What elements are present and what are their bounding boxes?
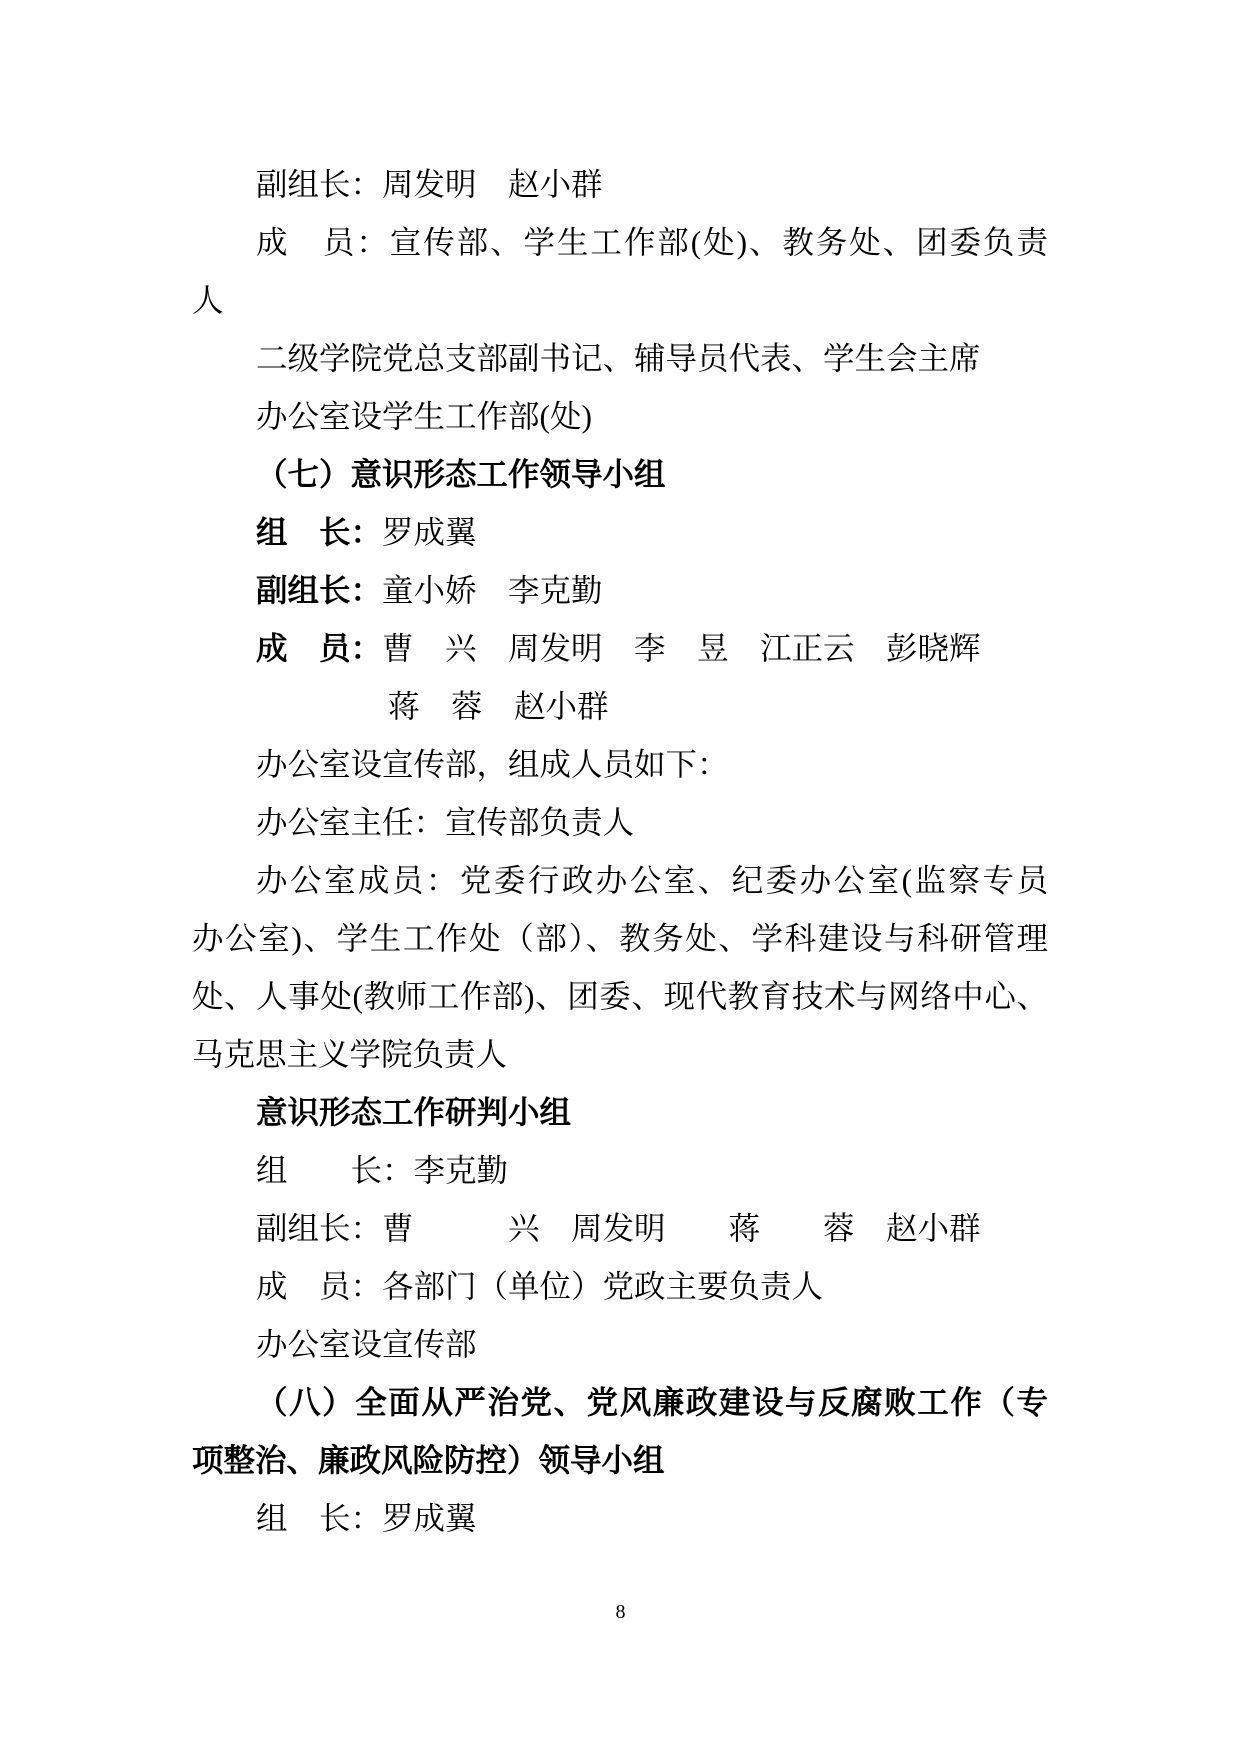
document-line: 二级学院党总支部副书记、辅导员代表、学生会主席 xyxy=(192,330,1048,388)
document-line: 处、人事处(教师工作部)、团委、现代教育技术与网络中心、 xyxy=(192,968,1048,1026)
line-text: 人 xyxy=(192,283,224,318)
line-text: 副组长：曹 兴 周发明 蒋 蓉 赵小群 xyxy=(256,1211,981,1246)
document-line: 组 长：罗成翼 xyxy=(192,1490,1048,1548)
document-line: （八）全面从严治党、党风廉政建设与反腐败工作（专 xyxy=(192,1374,1048,1432)
line-text-bold: 副组长： xyxy=(256,573,382,608)
document-line: 办公室设学生工作部(处) xyxy=(192,388,1048,446)
document-line: 成 员：各部门（单位）党政主要负责人 xyxy=(192,1258,1048,1316)
document-line: 蒋 蓉 赵小群 xyxy=(192,678,1048,736)
line-text: 成 员：各部门（单位）党政主要负责人 xyxy=(256,1269,823,1304)
document-line: 成 员：曹 兴 周发明 李 昱 江正云 彭晓辉 xyxy=(192,620,1048,678)
document-line: 办公室设宣传部 xyxy=(192,1316,1048,1374)
line-text: 组 长：李克勤 xyxy=(256,1153,508,1188)
document-line: 办公室)、学生工作处（部）、教务处、学科建设与科研管理 xyxy=(192,910,1048,968)
line-text: 二级学院党总支部副书记、辅导员代表、学生会主席 xyxy=(256,341,981,376)
document-line: 办公室设宣传部，组成人员如下： xyxy=(192,736,1048,794)
line-text: 办公室设学生工作部(处) xyxy=(256,399,592,434)
document-line: 办公室成员：党委行政办公室、纪委办公室(监察专员 xyxy=(192,852,1048,910)
document-line: 成 员：宣传部、学生工作部(处)、教务处、团委负责 xyxy=(192,214,1048,272)
document-line: 副组长：周发明 赵小群 xyxy=(192,156,1048,214)
line-text: 组 长：罗成翼 xyxy=(256,1501,477,1536)
document-line: 人 xyxy=(192,272,1048,330)
line-text-bold: （八）全面从严治党、党风廉政建设与反腐败工作（专 xyxy=(256,1385,1048,1420)
line-text: 办公室)、学生工作处（部）、教务处、学科建设与科研管理 xyxy=(192,921,1048,956)
document-line: 办公室主任：宣传部负责人 xyxy=(192,794,1048,852)
document-line: 组 长：李克勤 xyxy=(192,1142,1048,1200)
line-text-bold: 项整治、廉政风险防控）领导小组 xyxy=(192,1443,665,1478)
line-text: 处、人事处(教师工作部)、团委、现代教育技术与网络中心、 xyxy=(192,979,1048,1014)
line-text-bold: 组 长： xyxy=(256,515,382,550)
line-text: 童小娇 李克勤 xyxy=(382,573,603,608)
document-body: 副组长：周发明 赵小群成 员：宣传部、学生工作部(处)、教务处、团委负责人二级学… xyxy=(192,156,1048,1548)
line-text-bold: 成 员： xyxy=(256,631,382,666)
line-text: 办公室成员：党委行政办公室、纪委办公室(监察专员 xyxy=(256,863,1048,898)
document-line: （七）意识形态工作领导小组 xyxy=(192,446,1048,504)
document-line: 组 长：罗成翼 xyxy=(192,504,1048,562)
page: 副组长：周发明 赵小群成 员：宣传部、学生工作部(处)、教务处、团委负责人二级学… xyxy=(0,0,1241,1755)
line-text: 副组长：周发明 赵小群 xyxy=(256,167,603,202)
line-text: 办公室主任：宣传部负责人 xyxy=(256,805,634,840)
document-line: 副组长：童小娇 李克勤 xyxy=(192,562,1048,620)
line-text: 成 员：宣传部、学生工作部(处)、教务处、团委负责 xyxy=(256,225,1048,260)
line-text: 罗成翼 xyxy=(382,515,477,550)
page-number: 8 xyxy=(0,1598,1241,1626)
line-text: 蒋 蓉 赵小群 xyxy=(388,689,609,724)
document-line: 副组长：曹 兴 周发明 蒋 蓉 赵小群 xyxy=(192,1200,1048,1258)
line-text: 办公室设宣传部，组成人员如下： xyxy=(256,747,729,782)
line-text: 马克思主义学院负责人 xyxy=(192,1037,507,1072)
document-line: 意识形态工作研判小组 xyxy=(192,1084,1048,1142)
line-text-bold: 意识形态工作研判小组 xyxy=(256,1095,571,1130)
line-text: 曹 兴 周发明 李 昱 江正云 彭晓辉 xyxy=(382,631,981,666)
line-text: 办公室设宣传部 xyxy=(256,1327,477,1362)
document-line: 项整治、廉政风险防控）领导小组 xyxy=(192,1432,1048,1490)
document-line: 马克思主义学院负责人 xyxy=(192,1026,1048,1084)
line-text-bold: （七）意识形态工作领导小组 xyxy=(256,457,666,492)
